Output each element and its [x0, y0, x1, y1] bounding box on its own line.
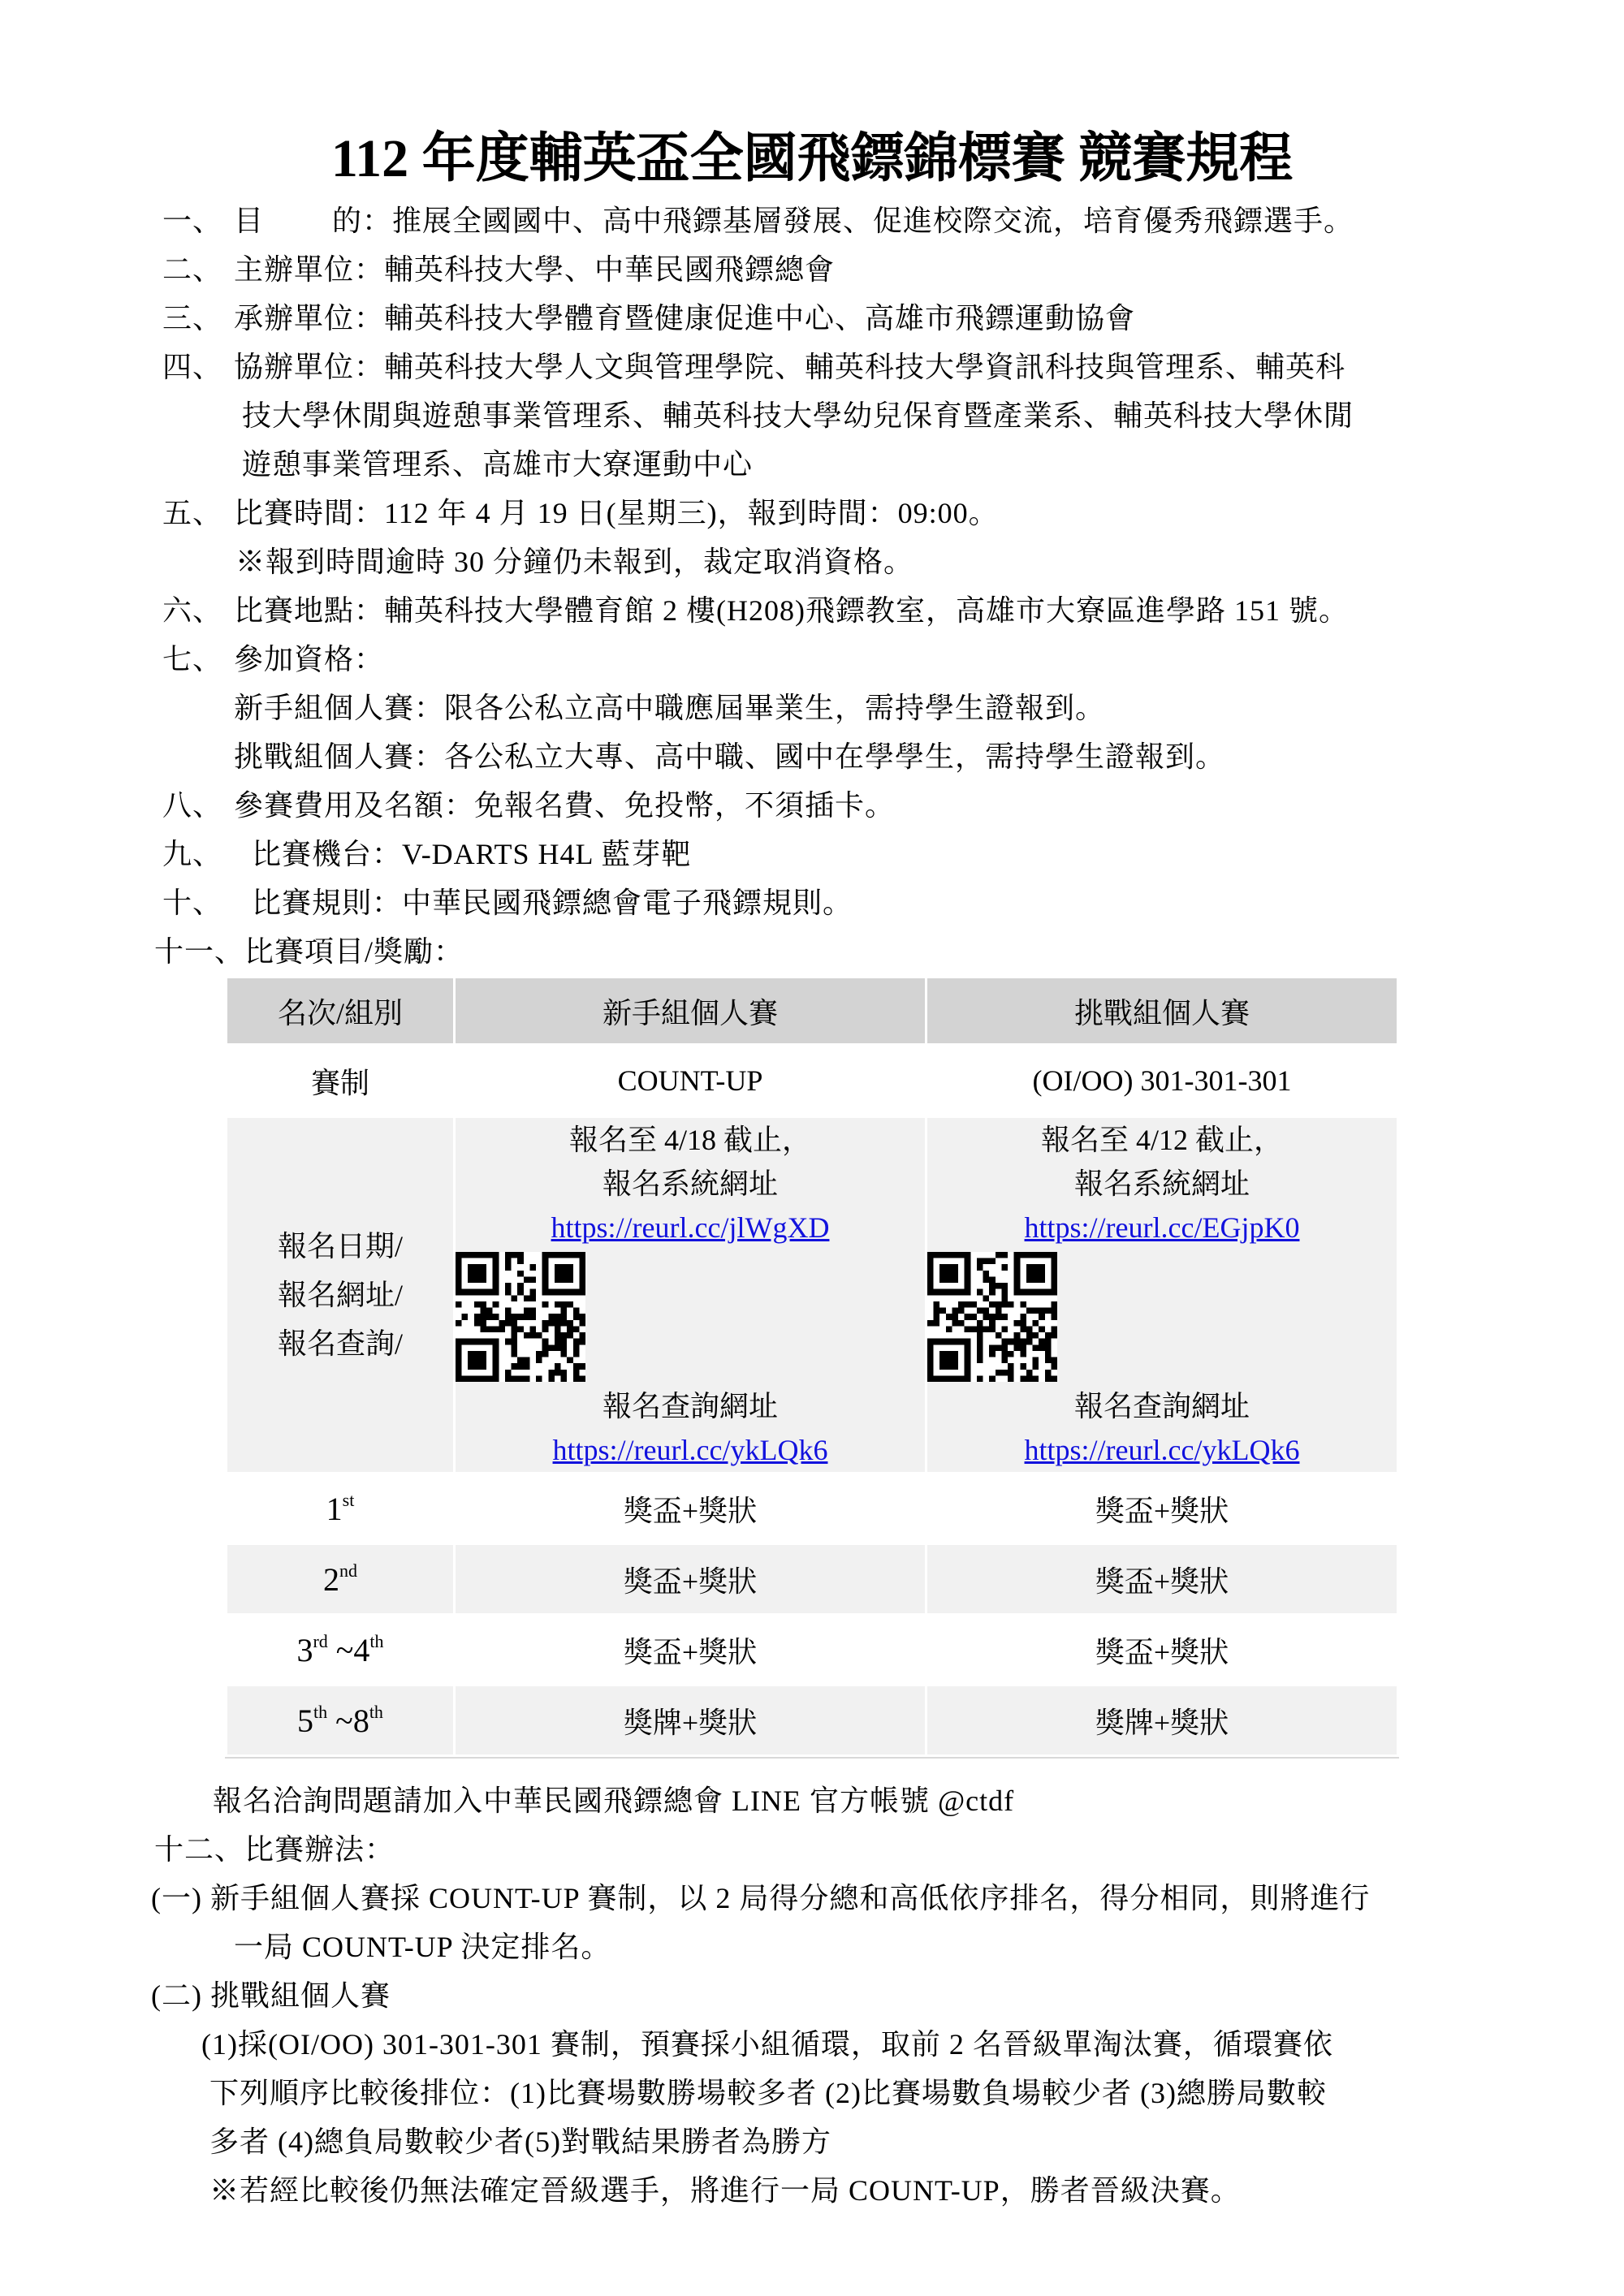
reg-label-line: 報名查詢/: [227, 1319, 453, 1368]
doc-line: 五、比賽時間：112 年 4 月 19 日(星期三)，報到時間：09:00。: [0, 489, 1624, 537]
registration-row-label: 報名日期/ 報名網址/ 報名查詢/: [227, 1118, 453, 1472]
item-text: 承辦單位：輔英科技大學體育暨健康促進中心、高雄市飛鏢運動協會: [234, 302, 1135, 334]
item-text: 十一、比賽項目/獎勵：: [154, 935, 464, 968]
item-text: 比賽時間：112 年 4 月 19 日(星期三)，報到時間：09:00。: [234, 497, 999, 529]
doc-line: 六、比賽地點：輔英科技大學體育館 2 樓(H208)飛鏢教室，高雄市大寮區進學路…: [0, 586, 1624, 635]
reg-label-line: 報名網址/: [227, 1271, 453, 1319]
rules-list-bottom: 報名洽詢問題請加入中華民國飛鏢總會 LINE 官方帳號 @ctdf十二、比賽辦法…: [0, 1776, 1624, 2215]
table-header-row: 名次/組別 新手組個人賽 挑戰組個人賽: [227, 978, 1397, 1043]
rank-label: 5th ~8th: [227, 1686, 453, 1754]
item-text: 挑戰組個人賽：各公私立大專、高中職、國中在學學生，需持學生證報到。: [234, 740, 1225, 773]
document-page: 112 年度輔英盃全國飛鏢錦標賽 競賽規程 一、目 的：推展全國國中、高中飛鏢基…: [0, 0, 1624, 2296]
item-text: 比賽規則：中華民國飛鏢總會電子飛鏢規則。: [252, 887, 853, 919]
doc-line: 一、目 的：推展全國國中、高中飛鏢基層發展、促進校際交流，培育優秀飛鏢選手。: [0, 196, 1624, 245]
rules-list-top: 一、目 的：推展全國國中、高中飛鏢基層發展、促進校際交流，培育優秀飛鏢選手。二、…: [0, 196, 1624, 976]
item-number: 五、: [162, 489, 234, 537]
item-text: 參賽費用及名額：免報名費、免投幣，不須插卡。: [234, 789, 895, 822]
prize-value: 獎牌+獎狀: [456, 1686, 925, 1754]
prize-value: 獎盃+獎狀: [456, 1545, 925, 1613]
item-number: 七、: [162, 635, 234, 684]
item-text: 遊憩事業管理系、高雄市大寮運動中心: [242, 448, 753, 481]
doc-line: 十、比賽規則：中華民國飛鏢總會電子飛鏢規則。: [0, 878, 1624, 927]
prize-row: 3rd ~4th獎盃+獎狀獎盃+獎狀: [227, 1616, 1397, 1684]
item-text: 比賽地點：輔英科技大學體育館 2 樓(H208)飛鏢教室，高雄市大寮區進學路 1…: [234, 594, 1349, 627]
item-text: ※報到時間逾時 30 分鐘仍未報到，裁定取消資格。: [235, 546, 914, 578]
page-title: 112 年度輔英盃全國飛鏢錦標賽 競賽規程: [0, 0, 1624, 196]
item-text: 報名洽詢問題請加入中華民國飛鏢總會 LINE 官方帳號 @ctdf: [213, 1785, 1014, 1817]
prize-table: 名次/組別 新手組個人賽 挑戰組個人賽 賽制 COUNT-UP (OI/OO) …: [225, 976, 1399, 1759]
doc-line: 技大學休閒與遊憩事業管理系、輔英科技大學幼兒保育暨產業系、輔英科技大學休閒: [0, 391, 1624, 440]
item-text: 下列順序比較後排位：(1)比賽場數勝場較多者 (2)比賽場數負場較少者 (3)總…: [209, 2077, 1327, 2109]
registration-cell-novice: 報名至 4/18 截止， 報名系統網址 https://reurl.cc/jlW…: [456, 1118, 925, 1472]
item-text: 比賽機台：V-DARTS H4L 藍芽靶: [252, 838, 691, 870]
doc-line: 八、參賽費用及名額：免報名費、免投幣，不須插卡。: [0, 781, 1624, 830]
format-row-label: 賽制: [227, 1046, 453, 1116]
doc-line: (1)採(OI/OO) 301-301-301 賽制，預賽採小組循環，取前 2 …: [0, 2020, 1624, 2069]
item-text: (一) 新手組個人賽採 COUNT-UP 賽制，以 2 局得分總和高低依序排名，…: [151, 1882, 1370, 1914]
doc-line: ※若經比較後仍無法確定晉級選手，將進行一局 COUNT-UP，勝者晉級決賽。: [0, 2166, 1624, 2215]
reg-label-line: 報名日期/: [227, 1222, 453, 1271]
format-row: 賽制 COUNT-UP (OI/OO) 301-301-301: [227, 1046, 1397, 1116]
item-text: 一局 COUNT-UP 決定排名。: [234, 1931, 611, 1963]
prize-row: 5th ~8th獎牌+獎狀獎牌+獎狀: [227, 1686, 1397, 1754]
signup-link-challenge[interactable]: https://reurl.cc/EGjpK0: [1025, 1211, 1300, 1244]
prize-value: 獎盃+獎狀: [927, 1545, 1397, 1613]
doc-line: 九、比賽機台：V-DARTS H4L 藍芽靶: [0, 830, 1624, 878]
item-text: 十二、比賽辦法：: [154, 1833, 395, 1866]
doc-line: 挑戰組個人賽：各公私立大專、高中職、國中在學學生，需持學生證報到。: [0, 732, 1624, 781]
item-text: (1)採(OI/OO) 301-301-301 賽制，預賽採小組循環，取前 2 …: [201, 2028, 1333, 2061]
reg-query-label: 報名查詢網址: [456, 1384, 925, 1428]
item-text: (二) 挑戰組個人賽: [151, 1979, 391, 2012]
col-header-challenge: 挑戰組個人賽: [927, 978, 1397, 1043]
doc-line: 十二、比賽辦法：: [0, 1825, 1624, 1874]
doc-line: 十一、比賽項目/獎勵：: [0, 927, 1624, 976]
item-number: 三、: [162, 294, 234, 343]
query-link-challenge[interactable]: https://reurl.cc/ykLQk6: [1025, 1434, 1300, 1466]
item-text: 參加資格：: [234, 643, 384, 675]
item-number: 九、: [162, 830, 234, 878]
doc-line: 多者 (4)總負局數較少者(5)對戰結果勝者為勝方: [0, 2117, 1624, 2166]
format-novice: COUNT-UP: [456, 1046, 925, 1116]
item-number: 一、: [162, 196, 234, 245]
reg-system-label: 報名系統網址: [456, 1162, 925, 1206]
rank-label: 1st: [227, 1474, 453, 1543]
registration-row: 報名日期/ 報名網址/ 報名查詢/ 報名至 4/18 截止， 報名系統網址 ht…: [227, 1118, 1397, 1472]
prize-value: 獎牌+獎狀: [927, 1686, 1397, 1754]
signup-link-novice[interactable]: https://reurl.cc/jlWgXD: [551, 1211, 830, 1244]
doc-line: (二) 挑戰組個人賽: [0, 1971, 1624, 2020]
item-text: ※若經比較後仍無法確定晉級選手，將進行一局 COUNT-UP，勝者晉級決賽。: [209, 2174, 1241, 2207]
doc-line: 二、主辦單位：輔英科技大學、中華民國飛鏢總會: [0, 245, 1624, 294]
doc-line: 新手組個人賽：限各公私立高中職應屆畢業生，需持學生證報到。: [0, 684, 1624, 732]
doc-line: 三、承辦單位：輔英科技大學體育暨健康促進中心、高雄市飛鏢運動協會: [0, 294, 1624, 343]
prize-value: 獎盃+獎狀: [456, 1474, 925, 1543]
qr-code-icon: [927, 1252, 1057, 1382]
doc-line: 四、協辦單位：輔英科技大學人文與管理學院、輔英科技大學資訊科技與管理系、輔英科: [0, 343, 1624, 391]
item-text: 新手組個人賽：限各公私立高中職應屆畢業生，需持學生證報到。: [234, 692, 1105, 724]
reg-deadline: 報名至 4/18 截止，: [456, 1118, 925, 1162]
rank-label: 2nd: [227, 1545, 453, 1613]
item-text: 協辦單位：輔英科技大學人文與管理學院、輔英科技大學資訊科技與管理系、輔英科: [234, 351, 1345, 383]
item-number: 二、: [162, 245, 234, 294]
doc-line: 七、參加資格：: [0, 635, 1624, 684]
item-text: 主辦單位：輔英科技大學、中華民國飛鏢總會: [234, 253, 835, 286]
doc-line: 下列順序比較後排位：(1)比賽場數勝場較多者 (2)比賽場數負場較少者 (3)總…: [0, 2069, 1624, 2117]
item-text: 多者 (4)總負局數較少者(5)對戰結果勝者為勝方: [209, 2126, 831, 2158]
item-text: 技大學休閒與遊憩事業管理系、輔英科技大學幼兒保育暨產業系、輔英科技大學休閒: [242, 399, 1354, 432]
doc-line: 遊憩事業管理系、高雄市大寮運動中心: [0, 440, 1624, 489]
item-text: 目 的：推展全國國中、高中飛鏢基層發展、促進校際交流，培育優秀飛鏢選手。: [234, 205, 1354, 237]
prize-value: 獎盃+獎狀: [927, 1474, 1397, 1543]
col-header-novice: 新手組個人賽: [456, 978, 925, 1043]
rank-label: 3rd ~4th: [227, 1616, 453, 1684]
col-header-rank-group: 名次/組別: [227, 978, 453, 1043]
doc-line: 一局 COUNT-UP 決定排名。: [0, 1923, 1624, 1971]
doc-line: ※報到時間逾時 30 分鐘仍未報到，裁定取消資格。: [0, 537, 1624, 586]
prize-row: 2nd獎盃+獎狀獎盃+獎狀: [227, 1545, 1397, 1613]
item-number: 四、: [162, 343, 234, 391]
reg-query-label: 報名查詢網址: [927, 1384, 1397, 1428]
format-challenge: (OI/OO) 301-301-301: [927, 1046, 1397, 1116]
item-number: 六、: [162, 586, 234, 635]
registration-cell-challenge: 報名至 4/12 截止， 報名系統網址 https://reurl.cc/EGj…: [927, 1118, 1397, 1472]
prize-row: 1st獎盃+獎狀獎盃+獎狀: [227, 1474, 1397, 1543]
doc-line: (一) 新手組個人賽採 COUNT-UP 賽制，以 2 局得分總和高低依序排名，…: [0, 1874, 1624, 1923]
prize-value: 獎盃+獎狀: [927, 1616, 1397, 1684]
qr-code-icon: [456, 1252, 585, 1382]
reg-system-label: 報名系統網址: [927, 1162, 1397, 1206]
prize-value: 獎盃+獎狀: [456, 1616, 925, 1684]
reg-deadline: 報名至 4/12 截止，: [927, 1118, 1397, 1162]
item-number: 十、: [162, 878, 234, 927]
doc-line: 報名洽詢問題請加入中華民國飛鏢總會 LINE 官方帳號 @ctdf: [0, 1776, 1624, 1825]
item-number: 八、: [162, 781, 234, 830]
query-link-novice[interactable]: https://reurl.cc/ykLQk6: [553, 1434, 828, 1466]
